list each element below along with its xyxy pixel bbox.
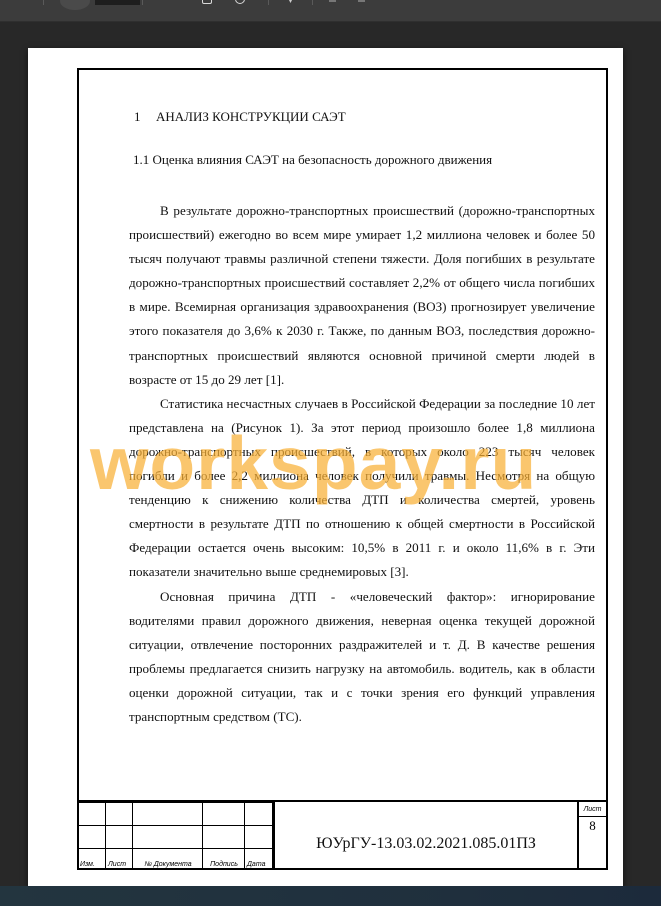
paragraph: Статистика несчастных случаев в Российск… [129, 392, 595, 585]
save-icon[interactable] [202, 0, 212, 4]
toolbar-disabled-button[interactable] [329, 0, 336, 2]
toolbar-page-field[interactable] [95, 0, 140, 5]
label-date: Дата [245, 848, 273, 869]
label-signature: Подпись [203, 848, 245, 869]
title-block: Изм. Лист № Документа Подпись Дата ЮУрГУ… [77, 800, 608, 870]
paragraph: В результате дорожно-транспортных происш… [129, 199, 595, 392]
toolbar-separator [268, 0, 269, 5]
rotate-icon[interactable] [235, 0, 245, 4]
toolbar-separator [312, 0, 313, 5]
toolbar-separator [43, 0, 44, 5]
chapter-heading: 1АНАЛИЗ КОНСТРУКЦИИ САЭТ [134, 109, 346, 125]
section-heading: 1.1 Оценка влияния САЭТ на безопасность … [133, 152, 492, 168]
paragraph: Основная причина ДТП - «человеческий фак… [129, 585, 595, 730]
toolbar-round-button[interactable] [60, 0, 90, 10]
label-change: Изм. [78, 848, 106, 869]
viewer-toolbar: ▾ [0, 0, 661, 22]
toolbar-separator [142, 0, 143, 5]
chevron-down-icon[interactable]: ▾ [289, 0, 292, 5]
label-document-number: № Документа [133, 848, 203, 869]
document-page: 1АНАЛИЗ КОНСТРУКЦИИ САЭТ 1.1 Оценка влия… [28, 48, 623, 888]
body-text: В результате дорожно-транспортных происш… [129, 199, 595, 729]
sheet-box: Лист 8 [577, 802, 606, 870]
sheet-number: 8 [579, 817, 606, 835]
taskbar [0, 886, 661, 906]
label-sheet: Лист [106, 848, 133, 869]
revision-table: Изм. Лист № Документа Подпись Дата [77, 802, 273, 870]
toolbar-disabled-button[interactable] [358, 0, 365, 2]
chapter-title: АНАЛИЗ КОНСТРУКЦИИ САЭТ [156, 109, 346, 124]
chapter-number: 1 [134, 109, 156, 125]
sheet-label: Лист [579, 802, 606, 817]
document-viewer[interactable]: 1АНАЛИЗ КОНСТРУКЦИИ САЭТ 1.1 Оценка влия… [0, 22, 661, 874]
document-code: ЮУрГУ-13.03.02.2021.085.01ПЗ [273, 802, 577, 870]
